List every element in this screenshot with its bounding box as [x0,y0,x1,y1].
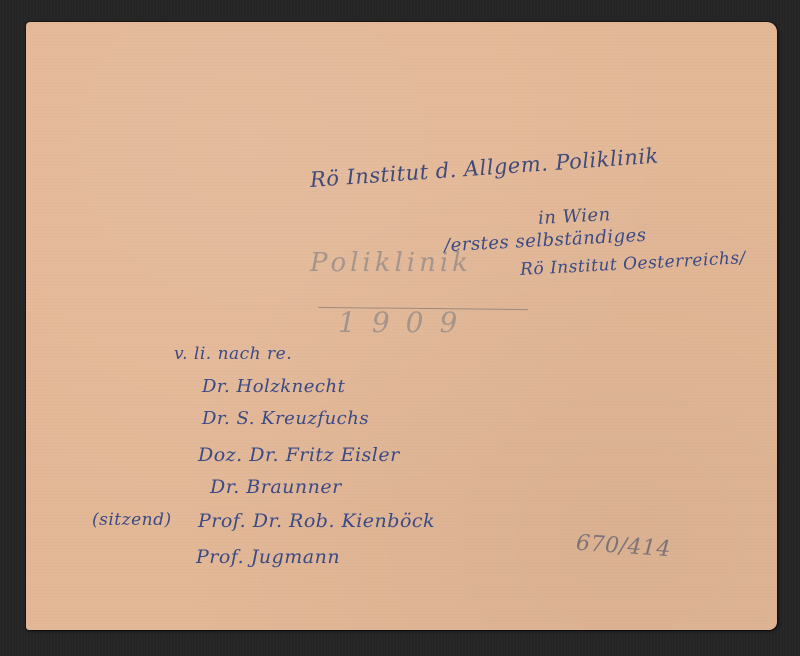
pencil-heading: Poliklinik [310,248,472,278]
institute-title-line: Rö Institut d. Allgem. Poliklinik [309,144,659,192]
inventory-number: 670/414 [575,531,671,563]
photo-card-verso: Rö Institut d. Allgem. Poliklinik in Wie… [26,22,777,630]
caption-name-2: Dr. S. Kreuzfuchs [202,408,369,429]
caption-name-5: Prof. Dr. Rob. Kienböck [198,510,435,532]
caption-name-4: Dr. Braunner [210,476,342,498]
caption-intro: v. li. nach re. [174,344,292,364]
city-line: in Wien [538,204,612,229]
caption-name-6: Prof. Jugmann [196,546,340,568]
caption-name-1: Dr. Holzknecht [202,376,345,397]
first-independent-line: /erstes selbständiges [444,225,647,257]
austria-institute-line: Rö Institut Oesterreichs/ [520,248,747,280]
caption-side-note: (sitzend) [92,510,172,530]
pencil-year: 1909 [338,306,473,339]
caption-name-3: Doz. Dr. Fritz Eisler [198,444,400,466]
